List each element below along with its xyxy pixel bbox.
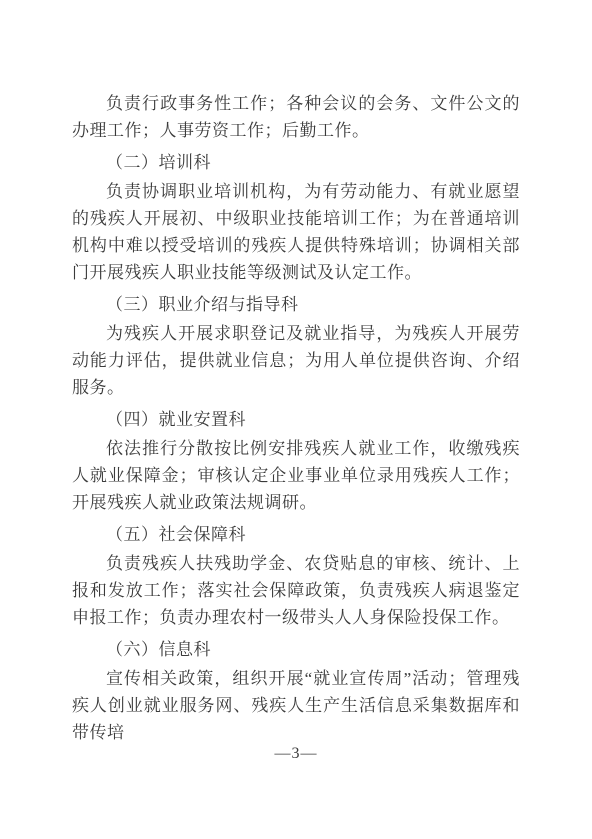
section-heading-job-intro: （三）职业介绍与指导科 <box>72 291 520 318</box>
paragraph-placement: 依法推行分散按比例安排残疾人就业工作，收缴残疾人就业保障金；审核认定企业事业单位… <box>72 435 520 516</box>
section-heading-placement: （四）就业安置科 <box>72 406 520 433</box>
document-page: 负责行政事务性工作；各种会议的会务、文件公文的办理工作；人事劳资工作；后勤工作。… <box>0 0 592 839</box>
section-heading-training: （二）培训科 <box>72 149 520 176</box>
page-number: —3— <box>275 745 318 762</box>
paragraph-job-intro: 为残疾人开展求职登记及就业指导，为残疾人开展劳动能力评估，提供就业信息；为用人单… <box>72 320 520 401</box>
section-heading-information: （六）信息科 <box>72 636 520 663</box>
paragraph-training: 负责协调职业培训机构，为有劳动能力、有就业愿望的残疾人开展初、中级职业技能培训工… <box>72 178 520 286</box>
document-body: 负责行政事务性工作；各种会议的会务、文件公文的办理工作；人事劳资工作；后勤工作。… <box>72 90 520 746</box>
paragraph-general-affairs: 负责行政事务性工作；各种会议的会务、文件公文的办理工作；人事劳资工作；后勤工作。 <box>72 90 520 144</box>
paragraph-social-security: 负责残疾人扶残助学金、农贷贴息的审核、统计、上报和发放工作；落实社会保障政策，负… <box>72 550 520 631</box>
section-heading-social-security: （五）社会保障科 <box>72 521 520 548</box>
page-footer: —3— <box>0 745 592 763</box>
paragraph-information: 宣传相关政策，组织开展“就业宣传周”活动；管理残疾人创业就业服务网、残疾人生产生… <box>72 665 520 746</box>
